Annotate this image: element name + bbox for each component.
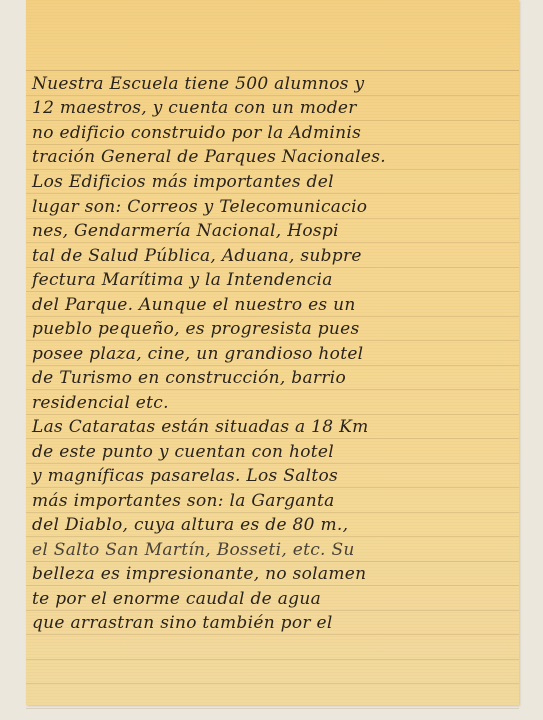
text-line: y magníficas pasarelas. Los Saltos — [32, 464, 516, 488]
text-line: 12 maestros, y cuenta con un moder — [32, 96, 516, 120]
text-line: tración General de Parques Nacionales. — [32, 145, 516, 169]
text-line: Las Cataratas están situadas a 18 Km — [32, 415, 516, 439]
text-line: más importantes son: la Garganta — [32, 489, 516, 513]
text-line: pueblo pequeño, es progresista pues — [32, 317, 516, 341]
text-line: Los Edificios más importantes del — [32, 170, 516, 194]
text-line: del Diablo, cuya altura es de 80 m., — [32, 513, 516, 537]
notebook-page: Nuestra Escuela tiene 500 alumnos y 12 m… — [26, 0, 519, 705]
text-line: que arrastran sino también por el — [32, 611, 516, 635]
text-line: no edificio construido por la Adminis — [32, 121, 516, 145]
text-line: de Turismo en construcción, barrio — [32, 366, 516, 390]
text-line: belleza es impresionante, no solamen — [32, 562, 516, 586]
text-line: del Parque. Aunque el nuestro es un — [32, 293, 516, 317]
text-line: el Salto San Martín, Bosseti, etc. Su — [32, 538, 516, 562]
ruled-line — [26, 708, 519, 709]
text-line: te por el enorme caudal de agua — [32, 587, 516, 611]
text-line: Nuestra Escuela tiene 500 alumnos y — [32, 72, 516, 96]
ruled-line — [26, 683, 519, 684]
text-line: de este punto y cuentan con hotel — [32, 440, 516, 464]
text-line: tal de Salud Pública, Aduana, subpre — [32, 244, 516, 268]
text-line: residencial etc. — [32, 391, 516, 415]
ruled-line — [26, 70, 519, 71]
text-line: posee plaza, cine, un grandioso hotel — [32, 342, 516, 366]
text-line: fectura Marítima y la Intendencia — [32, 268, 516, 292]
text-line: lugar son: Correos y Telecomunicacio — [32, 195, 516, 219]
ruled-line — [26, 659, 519, 660]
text-line: nes, Gendarmería Nacional, Hospi — [32, 219, 516, 243]
